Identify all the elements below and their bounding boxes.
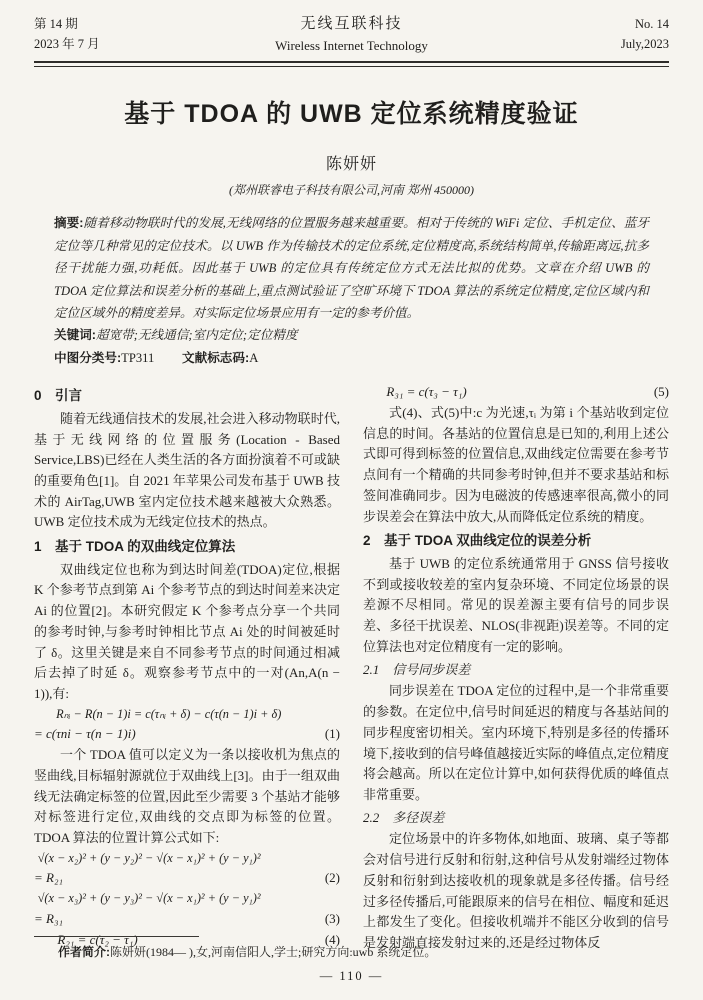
classification-line: 中图分类号:TP311文献标志码:A bbox=[54, 347, 649, 369]
equation-2-line-1: √(x − x₂)² + (y − y₂)² − √(x − x₁)² + (y… bbox=[34, 849, 340, 869]
error-sources-paragraph: 基于 UWB 的定位系统通常用于 GNSS 信号接收不到或接收较差的室内复杂环境… bbox=[363, 554, 669, 658]
author-bio-footnote: 作者简介:陈妍妍(1984— ),女,河南信阳人,学士;研究方向:uwb 系统定… bbox=[34, 943, 669, 960]
equation-explanation-paragraph: 式(4)、式(5)中:c 为光速,τᵢ 为第 i 个基站收到定位信息的时间。各基… bbox=[363, 403, 669, 527]
masthead-issue-en-block: No. 14 July,2023 bbox=[579, 15, 669, 54]
journal-masthead: 第 14 期 2023 年 7 月 无线互联科技 Wireless Intern… bbox=[34, 13, 669, 56]
left-column: 0 引言 随着无线通信技术的发展,社会进入移动物联时代,基于无线网络的位置服务(… bbox=[34, 382, 340, 948]
equation-2-result: = R₂₁ bbox=[34, 868, 63, 889]
doc-code-label: 文献标志码: bbox=[182, 351, 249, 365]
multipath-error-paragraph: 定位场景中的许多物体,如地面、玻璃、桌子等都会对信号进行反射和衍射,这种信号从发… bbox=[363, 829, 669, 948]
section-heading-error-analysis: 2 基于 TDOA 双曲线定位的误差分析 bbox=[363, 530, 669, 552]
issue-number-cn: 第 14 期 bbox=[34, 15, 124, 34]
tdoa-definition-paragraph: 一个 TDOA 值可以定义为一条以接收机为焦点的竖曲线,目标辐射源就位于双曲线上… bbox=[34, 745, 340, 849]
right-column: R₃₁ = c(τ₃ − τ₁)(5) 式(4)、式(5)中:c 为光速,τᵢ … bbox=[363, 382, 669, 948]
section-heading-introduction: 0 引言 bbox=[34, 385, 340, 407]
author-bio-text: 陈妍妍(1984— ),女,河南信阳人,学士;研究方向:uwb 系统定位。 bbox=[110, 945, 436, 959]
keywords-text: 超宽带;无线通信;室内定位;定位精度 bbox=[96, 328, 298, 342]
abstract-block: 摘要:随着移动物联时代的发展,无线网络的位置服务越来越重要。相对于传统的 WiF… bbox=[54, 212, 649, 369]
clc-label: 中图分类号: bbox=[54, 351, 121, 365]
footnote-area: 作者简介:陈妍妍(1984— ),女,河南信阳人,学士;研究方向:uwb 系统定… bbox=[34, 936, 669, 960]
journal-title-en: Wireless Internet Technology bbox=[124, 36, 579, 56]
equation-2-expression: √(x − x₂)² + (y − y₂)² − √(x − x₁)² + (y… bbox=[34, 849, 261, 869]
doc-code-value: A bbox=[249, 351, 258, 365]
keywords-line: 关键词:超宽带;无线通信;室内定位;定位精度 bbox=[54, 324, 649, 346]
author-affiliation: (郑州联睿电子科技有限公司,河南 郑州 450000) bbox=[34, 181, 669, 198]
equation-3-line-1: √(x − x₃)² + (y − y₃)² − √(x − x₁)² + (y… bbox=[34, 889, 340, 909]
sync-error-paragraph: 同步误差在 TDOA 定位的过程中,是一个非常重要的参数。在定位中,信号时间延迟… bbox=[363, 681, 669, 805]
masthead-journal-block: 无线互联科技 Wireless Internet Technology bbox=[124, 13, 579, 56]
article-title: 基于 TDOA 的 UWB 定位系统精度验证 bbox=[34, 94, 669, 130]
equation-3-line-2: = R₃₁(3) bbox=[34, 909, 340, 930]
header-divider bbox=[34, 61, 669, 67]
equation-5: R₃₁ = c(τ₃ − τ₁)(5) bbox=[363, 382, 669, 403]
page-number: — 110 — bbox=[0, 969, 703, 984]
author-bio-label: 作者简介: bbox=[58, 945, 110, 959]
equation-2-number: (2) bbox=[319, 868, 340, 889]
equation-5-expression: R₃₁ = c(τ₃ − τ₁) bbox=[363, 382, 467, 403]
equation-3-expression: √(x − x₃)² + (y − y₃)² − √(x − x₁)² + (y… bbox=[34, 889, 261, 909]
subsection-heading-multipath-error: 2.2 多径误差 bbox=[363, 808, 669, 829]
abstract-text: 随着移动物联时代的发展,无线网络的位置服务越来越重要。相对于传统的 WiFi 定… bbox=[54, 216, 649, 320]
tdoa-algorithm-paragraph: 双曲线定位也称为到达时间差(TDOA)定位,根据 K 个参考节点到第 Ai 个参… bbox=[34, 560, 340, 705]
section-heading-tdoa-algorithm: 1 基于 TDOA 的双曲线定位算法 bbox=[34, 536, 340, 558]
abstract-label: 摘要: bbox=[54, 216, 84, 230]
issue-number-en: No. 14 bbox=[579, 15, 669, 34]
clc-value: TP311 bbox=[121, 351, 154, 365]
masthead-issue-cn-block: 第 14 期 2023 年 7 月 bbox=[34, 15, 124, 54]
abstract-paragraph: 摘要:随着移动物联时代的发展,无线网络的位置服务越来越重要。相对于传统的 WiF… bbox=[54, 212, 649, 324]
equation-1-line-1: Rₙᵢ − R(n − 1)i = c(τₙᵢ + δ) − c(τ(n − 1… bbox=[34, 705, 340, 725]
author-name: 陈妍妍 bbox=[34, 151, 669, 174]
equation-2-line-2: = R₂₁(2) bbox=[34, 868, 340, 889]
journal-title-cn: 无线互联科技 bbox=[124, 13, 579, 36]
equation-1-number: (1) bbox=[319, 724, 340, 745]
footnote-divider bbox=[34, 936, 199, 937]
issue-date-en: July,2023 bbox=[579, 35, 669, 54]
equation-1-continuation: = c(τni − τ(n − 1)i) bbox=[34, 724, 136, 745]
equation-5-number: (5) bbox=[648, 382, 669, 403]
equation-1-line-2: = c(τni − τ(n − 1)i)(1) bbox=[34, 724, 340, 745]
keywords-label: 关键词: bbox=[54, 328, 96, 342]
issue-date-cn: 2023 年 7 月 bbox=[34, 35, 124, 54]
equation-1-expression: Rₙᵢ − R(n − 1)i = c(τₙᵢ + δ) − c(τ(n − 1… bbox=[34, 705, 281, 725]
equation-3-number: (3) bbox=[319, 909, 340, 930]
introduction-paragraph: 随着无线通信技术的发展,社会进入移动物联时代,基于无线网络的位置服务(Locat… bbox=[34, 409, 340, 533]
two-column-body: 0 引言 随着无线通信技术的发展,社会进入移动物联时代,基于无线网络的位置服务(… bbox=[34, 382, 669, 948]
journal-page: 第 14 期 2023 年 7 月 无线互联科技 Wireless Intern… bbox=[0, 0, 703, 1000]
equation-3-result: = R₃₁ bbox=[34, 909, 63, 930]
subsection-heading-sync-error: 2.1 信号同步误差 bbox=[363, 660, 669, 681]
